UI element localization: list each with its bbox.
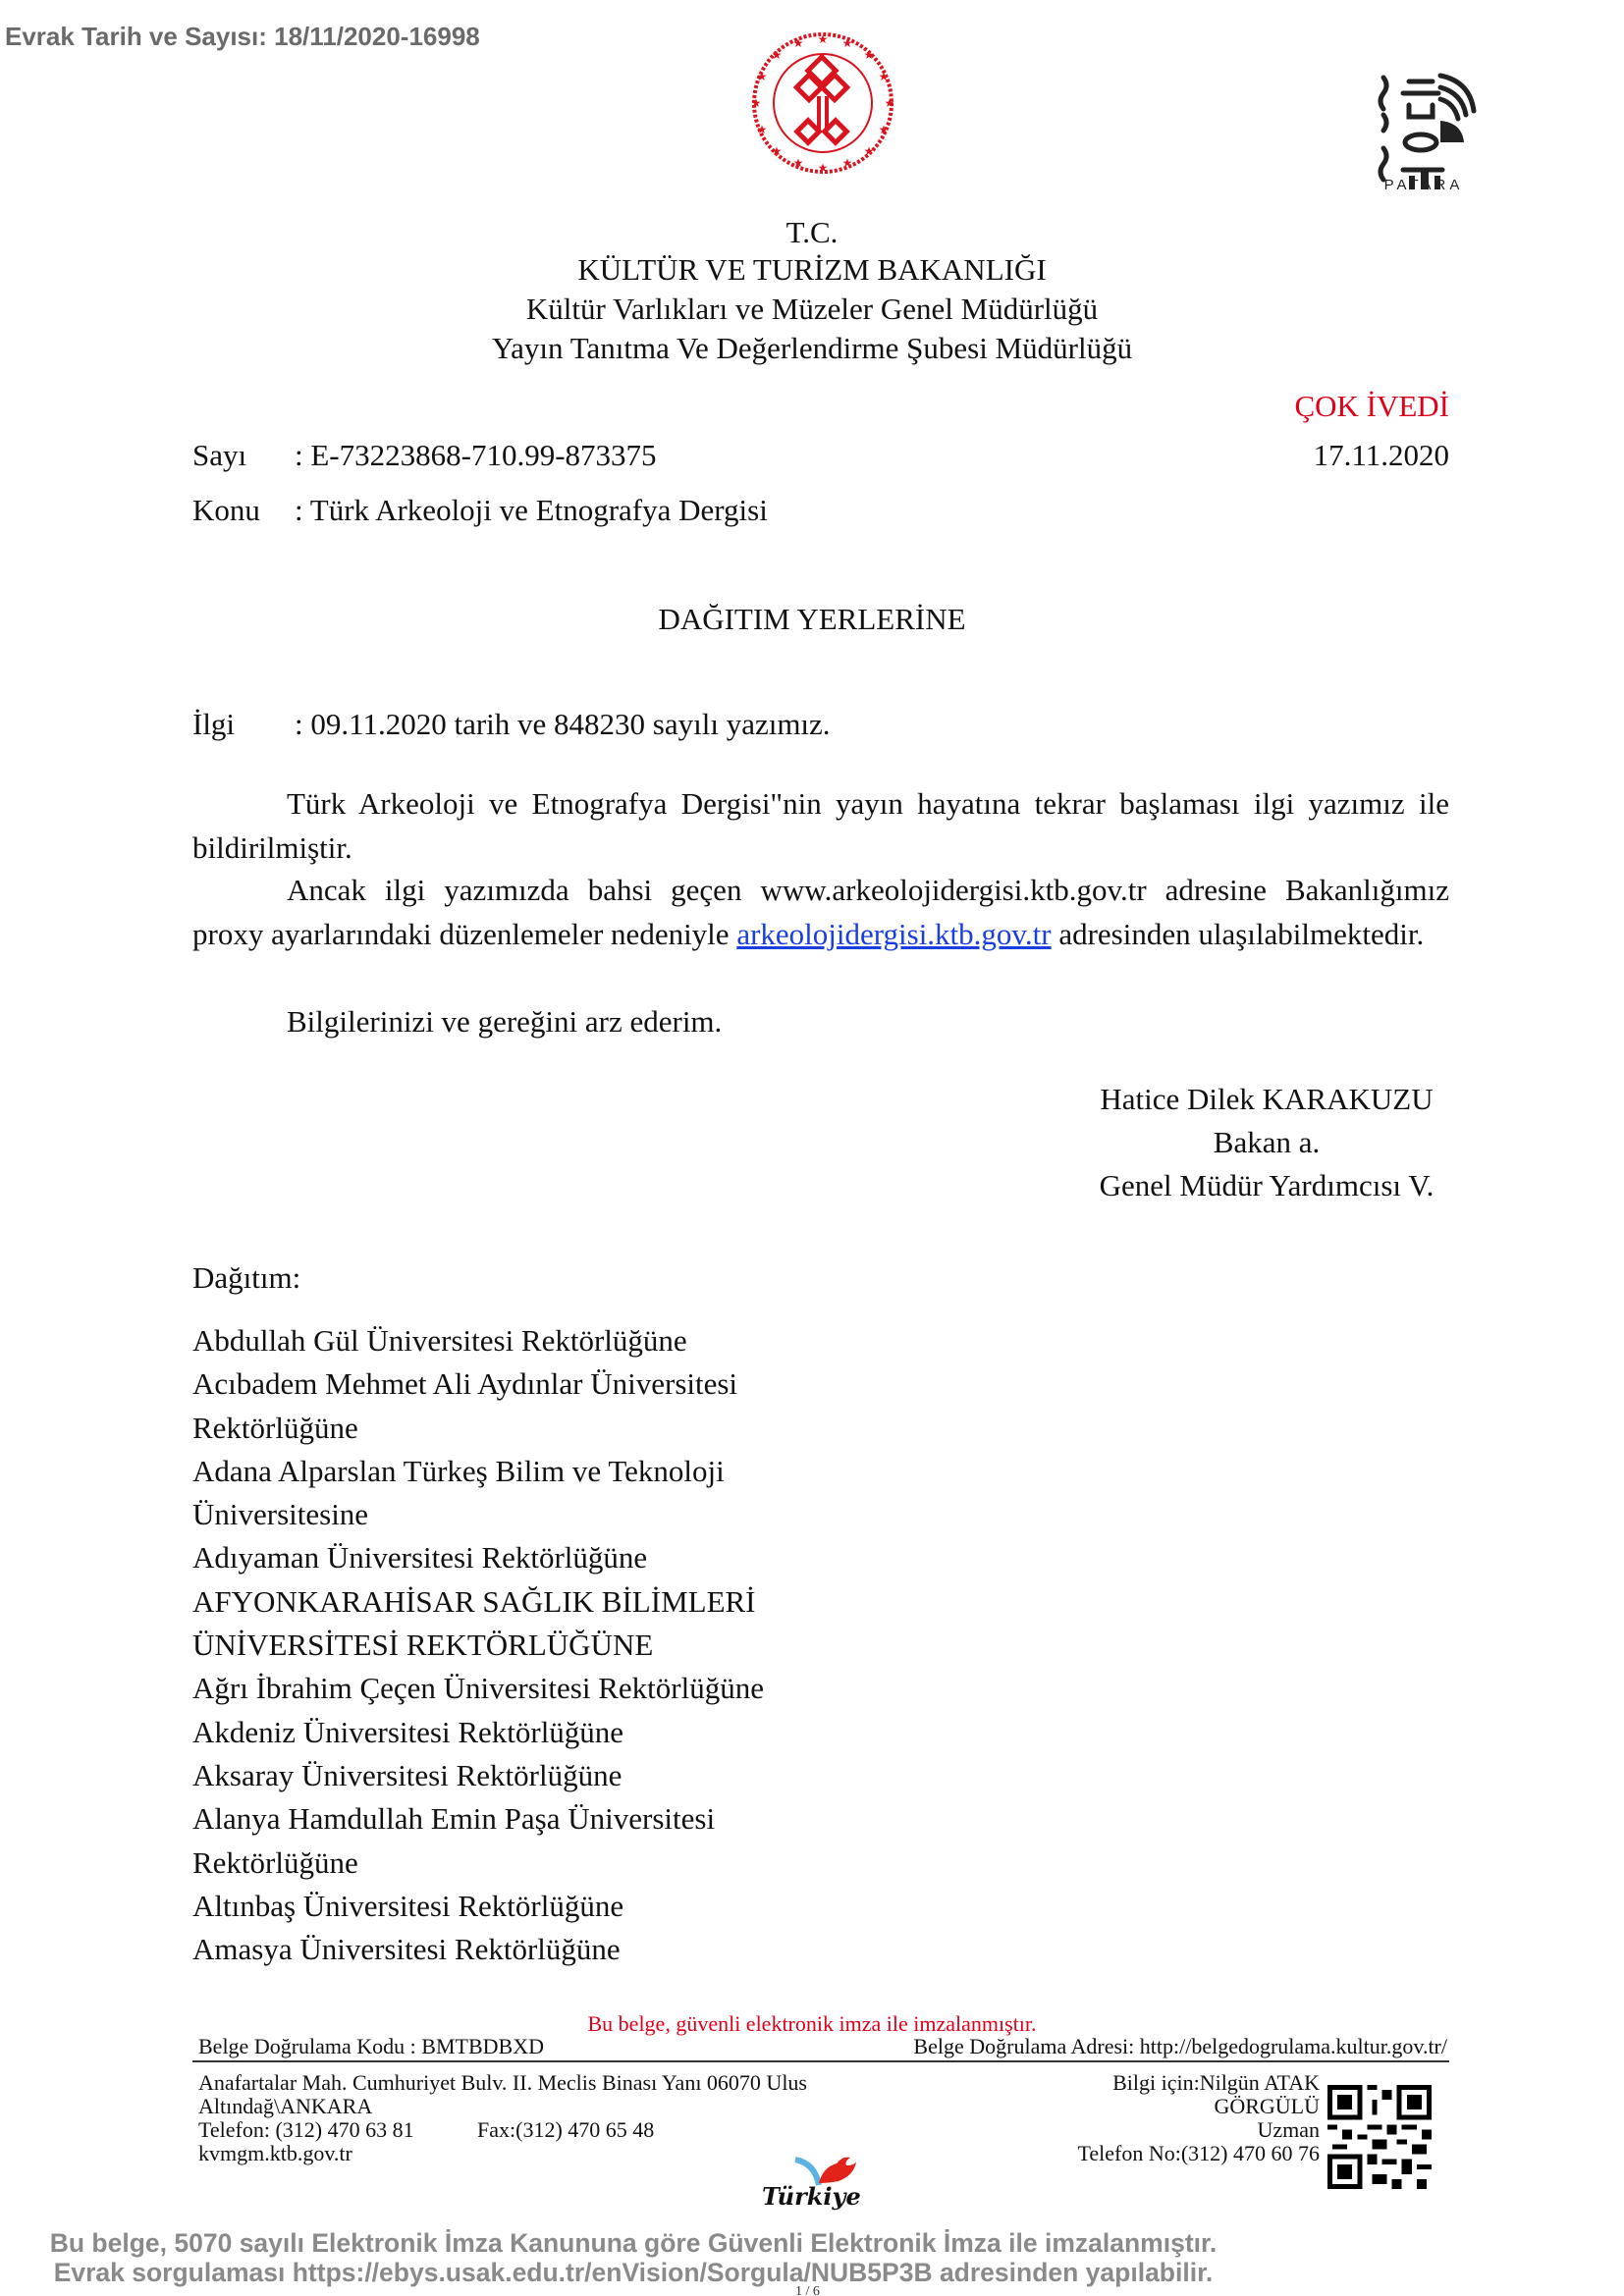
svg-text:★: ★ (818, 161, 829, 175)
esign-note: Bu belge, güvenli elektronik imza ile im… (0, 2012, 1624, 2036)
distribution-item: Acıbadem Mehmet Ali Aydınlar Üniversites… (192, 1362, 764, 1406)
svg-text:★: ★ (864, 48, 875, 62)
header-tc: T.C. (0, 214, 1624, 251)
page-number: 1 / 6 (795, 2284, 820, 2296)
svg-text:★: ★ (793, 156, 804, 170)
distribution-item: Rektörlüğüne (192, 1407, 764, 1450)
verify-address: Belge Doğrulama Adresi: http://belgedogr… (913, 2035, 1447, 2058)
signer-name: Hatice Dilek KARAKUZU (1070, 1078, 1463, 1121)
turkiye-logo-icon: Türkiye (756, 2154, 884, 2213)
svg-text:★: ★ (772, 144, 783, 158)
patara-logo-label: PATARA (1370, 177, 1478, 193)
footer-divider (192, 2060, 1449, 2062)
document-date-stamp: Evrak Tarih ve Sayısı: 18/11/2020-16998 (5, 22, 480, 52)
legal-note-2: Evrak sorgulaması https://ebys.usak.edu.… (0, 2258, 1267, 2287)
sayi-value: : E-73223868-710.99-873375 (295, 438, 657, 472)
svg-text:★: ★ (885, 96, 895, 110)
ilgi-value: : 09.11.2020 tarih ve 848230 sayılı yazı… (295, 707, 831, 741)
distribution-item: Amasya Üniversitesi Rektörlüğüne (192, 1928, 764, 1971)
svg-text:★: ★ (818, 32, 829, 46)
signer-title-1: Bakan a. (1070, 1121, 1463, 1164)
svg-text:★: ★ (842, 36, 853, 50)
addressee: DAĞITIM YERLERİNE (0, 601, 1624, 638)
phone: Telefon: (312) 470 63 81 (198, 2118, 414, 2142)
body-paragraph-3: Bilgilerinizi ve gereğini arz ederim. (192, 999, 1449, 1043)
svg-text:★: ★ (879, 123, 890, 136)
svg-text:★: ★ (772, 48, 783, 62)
journal-link[interactable]: arkeolojidergisi.ktb.gov.tr (736, 917, 1051, 951)
konu-row: Konu: Türk Arkeoloji ve Etnografya Dergi… (192, 493, 768, 528)
svg-text:★: ★ (757, 123, 768, 136)
distribution-item: Ağrı İbrahim Çeçen Üniversitesi Rektörlü… (192, 1667, 764, 1710)
distribution-item: Abdullah Gül Üniversitesi Rektörlüğüne (192, 1319, 764, 1362)
address-line-1: Anafartalar Mah. Cumhuriyet Bulv. II. Me… (198, 2071, 807, 2095)
ilgi-label: İlgi (192, 707, 295, 742)
document-date: 17.11.2020 (1314, 438, 1449, 473)
contact-info-3: Uzman (1257, 2118, 1320, 2142)
website: kvmgm.ktb.gov.tr (198, 2142, 352, 2165)
konu-label: Konu (192, 493, 295, 528)
contact-info-1: Bilgi için:Nilgün ATAK (1112, 2071, 1320, 2095)
konu-value: : Türk Arkeoloji ve Etnografya Dergisi (295, 493, 768, 527)
distribution-list: Abdullah Gül Üniversitesi RektörlüğüneAc… (192, 1319, 764, 1971)
contact-info-2: GÖRGÜLÜ (1214, 2095, 1320, 2118)
distribution-item: Üniversitesine (192, 1493, 764, 1536)
distribution-item: ÜNİVERSİTESİ REKTÖRLÜĞÜNE (192, 1624, 764, 1667)
header-branch: Yayın Tanıtma Ve Değerlendirme Şubesi Mü… (0, 330, 1624, 367)
distribution-item: Adıyaman Üniversitesi Rektörlüğüne (192, 1536, 764, 1579)
priority-label: ÇOK İVEDİ (1294, 389, 1449, 424)
distribution-item: AFYONKARAHİSAR SAĞLIK BİLİMLERİ (192, 1580, 764, 1624)
qr-code-icon[interactable] (1327, 2085, 1432, 2189)
contact-info-4: Telefon No:(312) 470 60 76 (1077, 2142, 1320, 2165)
distribution-item: Akdeniz Üniversitesi Rektörlüğüne (192, 1711, 764, 1754)
svg-text:★: ★ (751, 96, 762, 110)
svg-text:★: ★ (793, 36, 804, 50)
svg-text:Türkiye: Türkiye (762, 2182, 861, 2211)
distribution-heading: Dağıtım: (192, 1256, 300, 1300)
body-paragraph-2: Ancak ilgi yazımızda bahsi geçen www.ark… (192, 868, 1449, 956)
header-ministry: KÜLTÜR VE TURİZM BAKANLIĞI (0, 251, 1624, 289)
svg-text:★: ★ (879, 70, 890, 83)
sayi-row: Sayı: E-73223868-710.99-873375 (192, 438, 657, 473)
distribution-item: Rektörlüğüne (192, 1842, 764, 1885)
verify-code: Belge Doğrulama Kodu : BMTBDBXD (198, 2035, 544, 2058)
sayi-label: Sayı (192, 438, 295, 473)
signer-title-2: Genel Müdür Yardımcısı V. (1070, 1164, 1463, 1207)
svg-text:★: ★ (757, 70, 768, 83)
legal-note-1: Bu belge, 5070 sayılı Elektronik İmza Ka… (0, 2228, 1267, 2258)
distribution-item: Altınbaş Üniversitesi Rektörlüğüne (192, 1885, 764, 1928)
address-line-2: Altındağ\ANKARA (198, 2095, 372, 2118)
distribution-item: Adana Alparslan Türkeş Bilim ve Teknoloj… (192, 1450, 764, 1493)
header-directorate: Kültür Varlıkları ve Müzeler Genel Müdür… (0, 291, 1624, 328)
body-paragraph-1: Türk Arkeoloji ve Etnografya Dergisi"nin… (192, 781, 1449, 870)
distribution-item: Alanya Hamdullah Emin Paşa Üniversitesi (192, 1797, 764, 1841)
svg-text:★: ★ (842, 156, 853, 170)
distribution-item: Aksaray Üniversitesi Rektörlüğüne (192, 1754, 764, 1797)
fax: Fax:(312) 470 65 48 (477, 2118, 654, 2142)
svg-text:★: ★ (864, 144, 875, 158)
ilgi-row: İlgi: 09.11.2020 tarih ve 848230 sayılı … (192, 707, 831, 742)
body-paragraph-2-tail: adresinden ulaşılabilmektedir. (1052, 917, 1425, 951)
ministry-emblem-icon: ★★★ ★★★ ★★★ ★★★ ★★★ ★ (731, 29, 913, 177)
